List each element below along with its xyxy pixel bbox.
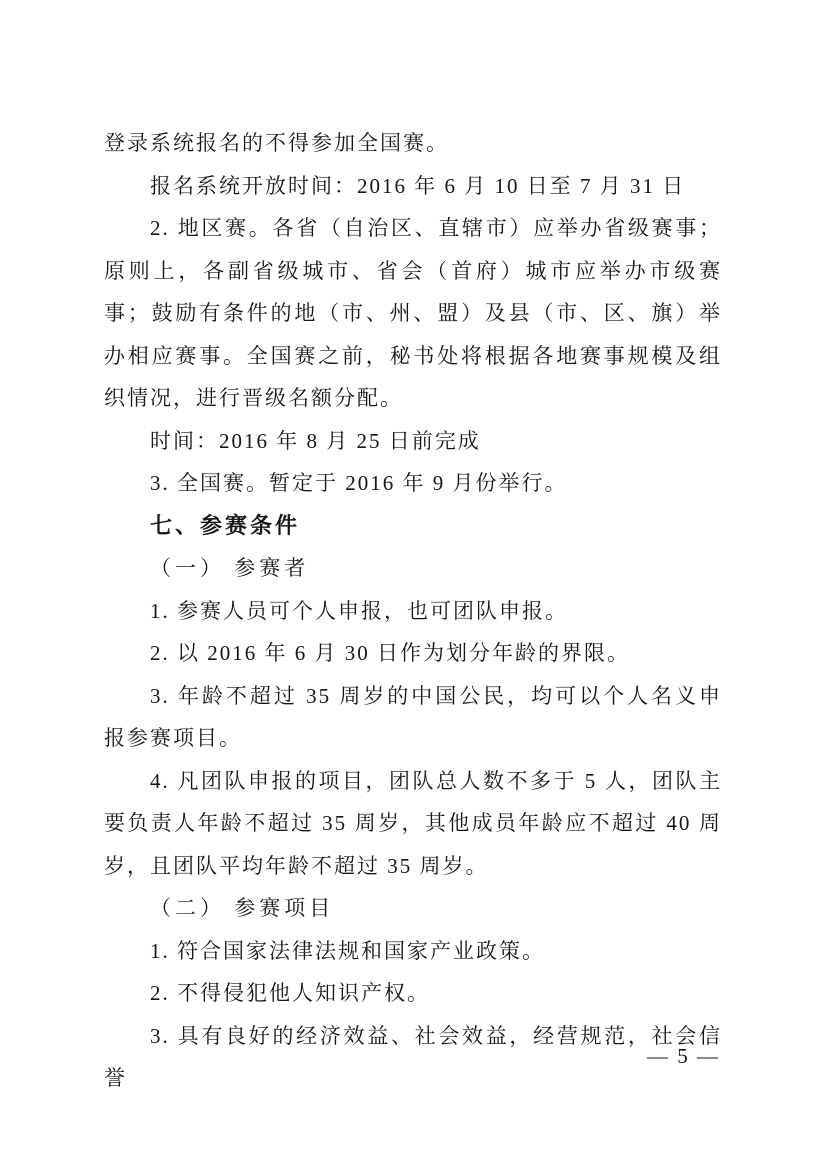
document-page: 登录系统报名的不得参加全国赛。 报名系统开放时间：2016 年 6 月 10 日… xyxy=(0,0,826,1169)
para-project-rule-2: 2. 不得侵犯他人知识产权。 xyxy=(104,972,722,1015)
document-body: 登录系统报名的不得参加全国赛。 报名系统开放时间：2016 年 6 月 10 日… xyxy=(104,122,722,1100)
para-participant-rule-2: 2. 以 2016 年 6 月 30 日作为划分年龄的界限。 xyxy=(104,632,722,675)
para-registration-window: 报名系统开放时间：2016 年 6 月 10 日至 7 月 31 日 xyxy=(104,165,722,208)
para-item-3-national: 3. 全国赛。暂定于 2016 年 9 月份举行。 xyxy=(104,462,722,505)
para-item-2-regional: 2. 地区赛。各省（自治区、直辖市）应举办省级赛事；原则上，各副省级城市、省会（… xyxy=(104,207,722,420)
para-regional-deadline: 时间：2016 年 8 月 25 日前完成 xyxy=(104,420,722,463)
subheading-projects: （二） 参赛项目 xyxy=(104,887,722,930)
subheading-participants: （一） 参赛者 xyxy=(104,547,722,590)
para-participant-rule-1: 1. 参赛人员可个人申报，也可团队申报。 xyxy=(104,590,722,633)
para-participant-rule-3: 3. 年龄不超过 35 周岁的中国公民，均可以个人名义申报参赛项目。 xyxy=(104,675,722,760)
para-body-continuation: 登录系统报名的不得参加全国赛。 xyxy=(104,122,722,165)
para-project-rule-1: 1. 符合国家法律法规和国家产业政策。 xyxy=(104,930,722,973)
para-project-rule-3: 3. 具有良好的经济效益、社会效益，经营规范，社会信誉 xyxy=(104,1015,722,1100)
para-participant-rule-4: 4. 凡团队申报的项目，团队总人数不多于 5 人，团队主要负责人年龄不超过 35… xyxy=(104,760,722,888)
section-heading-entry-conditions: 七、参赛条件 xyxy=(104,505,722,548)
page-number: — 5 — xyxy=(647,1044,720,1069)
